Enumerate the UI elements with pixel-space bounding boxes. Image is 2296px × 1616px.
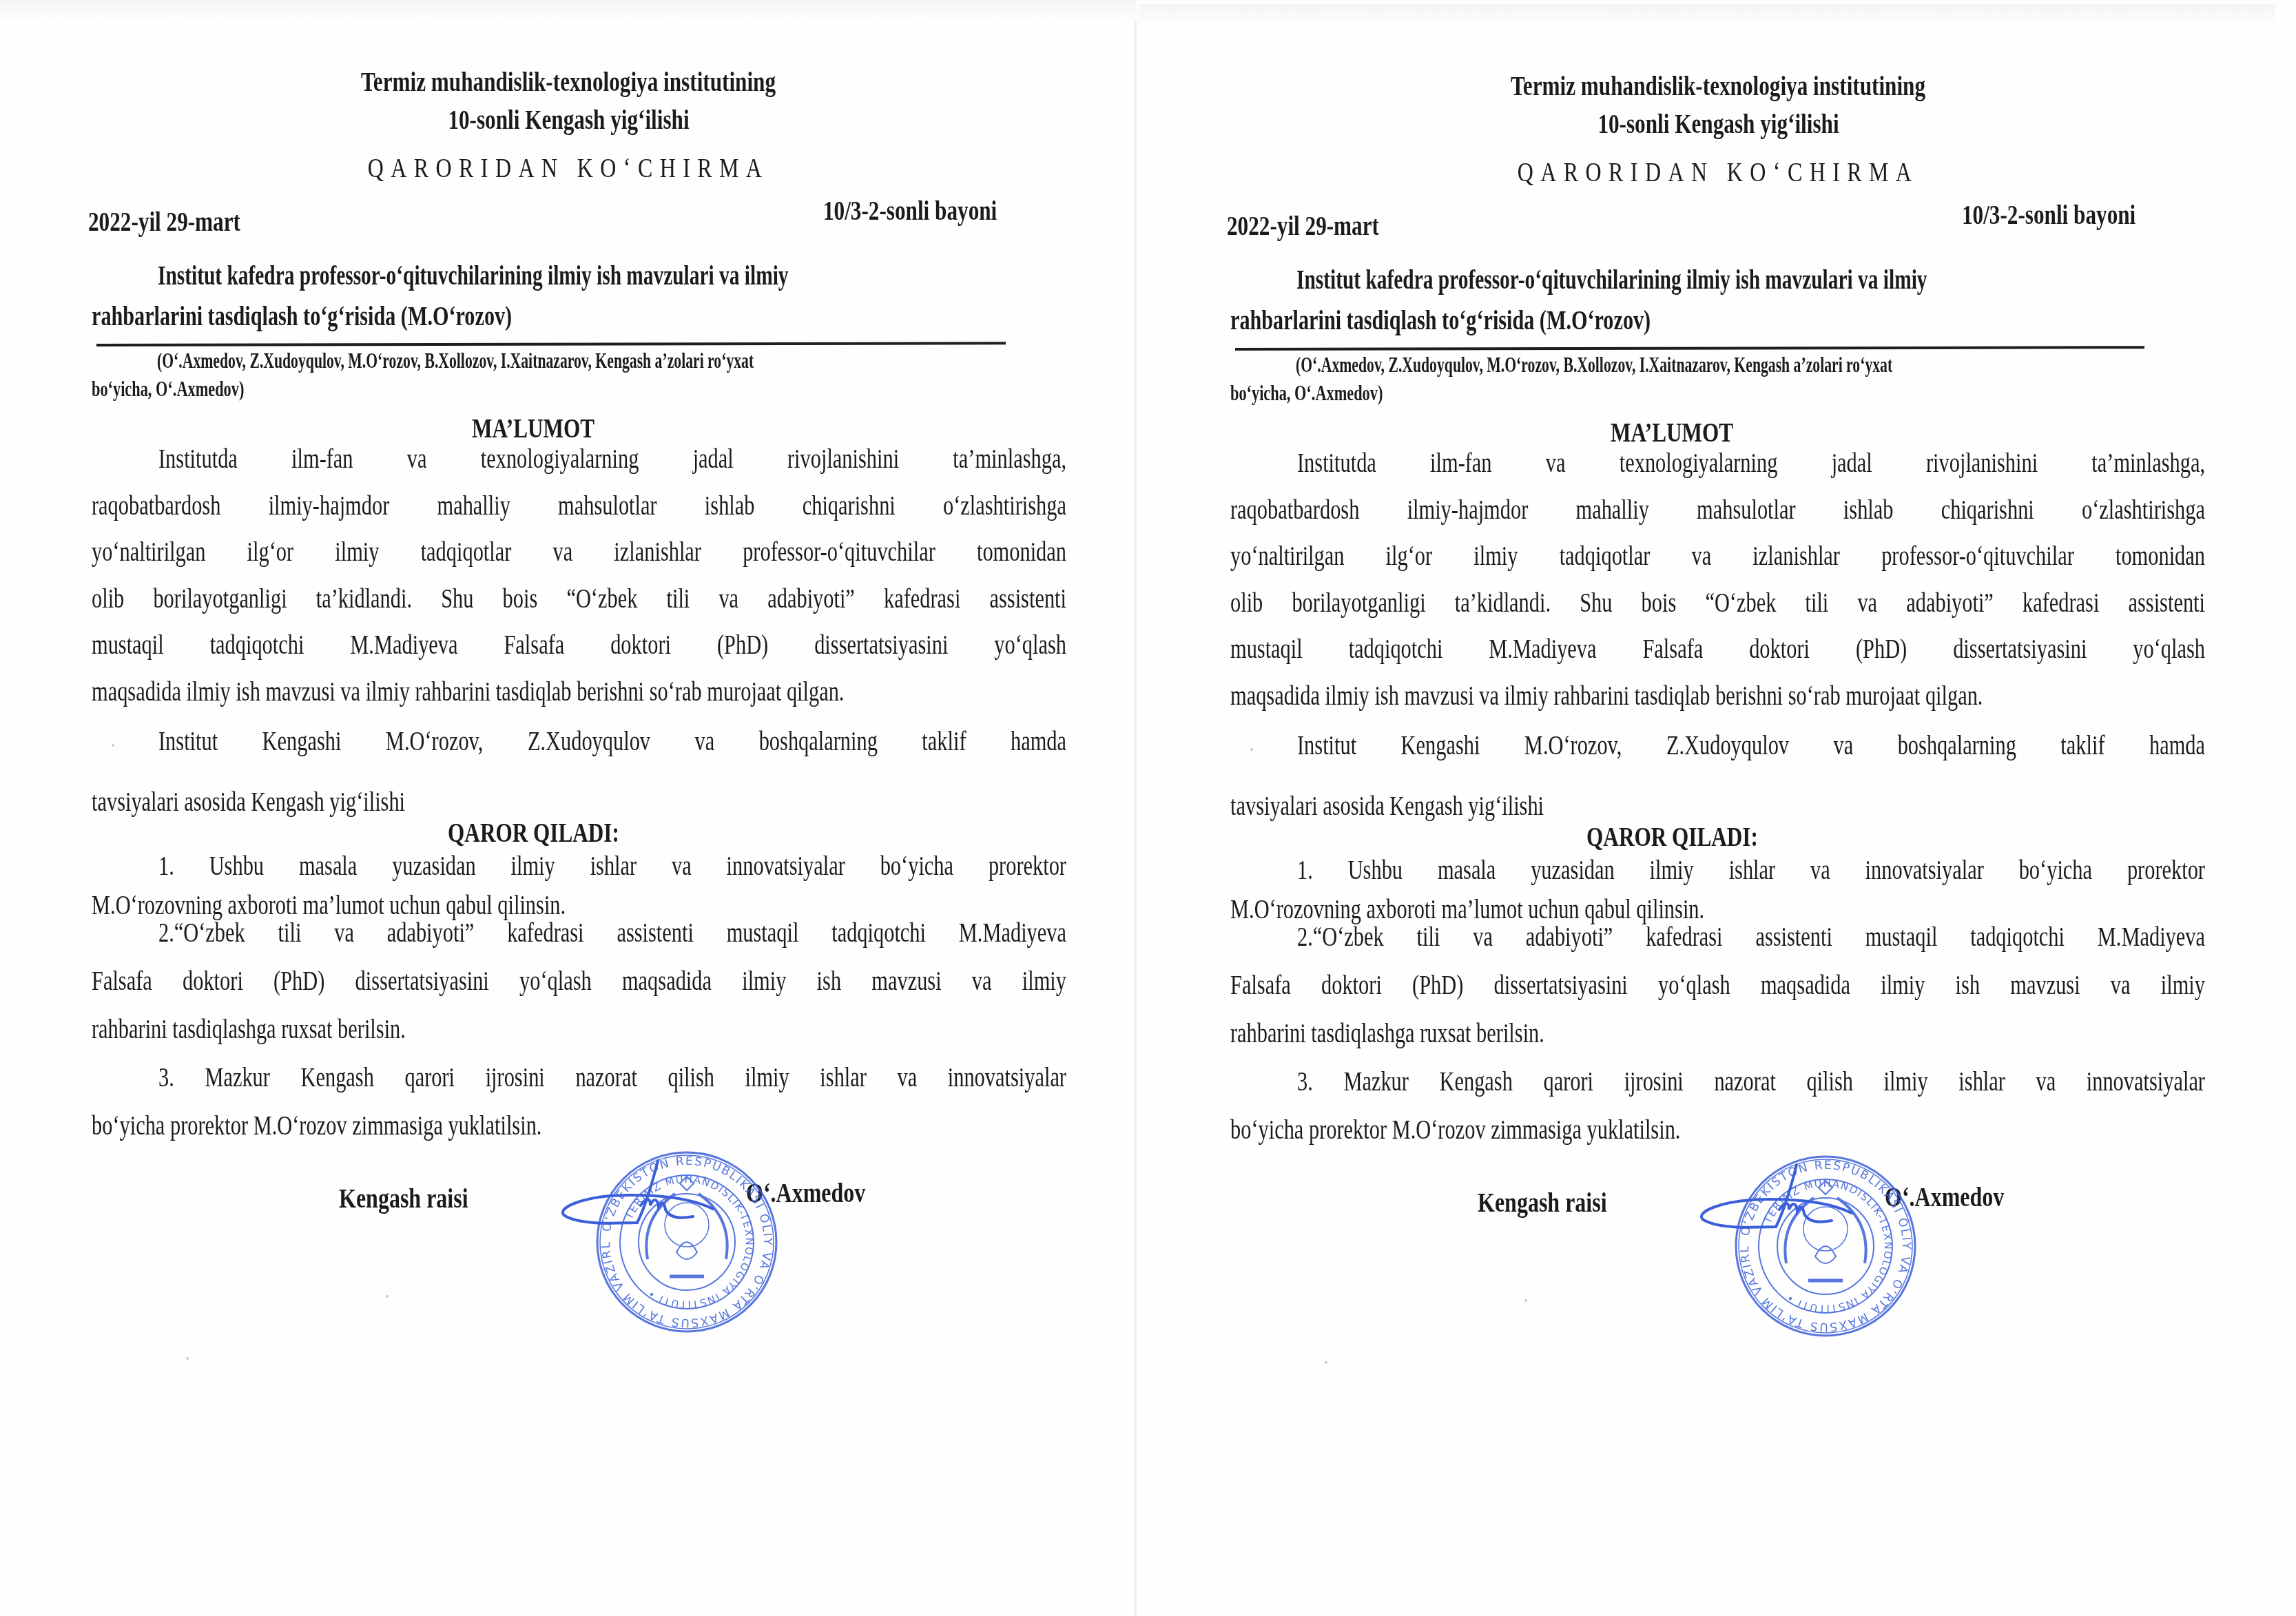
text-line: yo‘naltirilgan ilg‘or ilmiy tadqiqotlar … bbox=[1230, 539, 2205, 572]
decision-item-3-line: bo‘yicha prorektor M.O‘rozov zimmasiga y… bbox=[92, 1109, 684, 1141]
protocol-number: 10/3-2-sonli bayoni bbox=[823, 194, 1046, 227]
scan-edge-shade bbox=[1139, 4, 2275, 23]
info-paragraph-line: yo‘naltirilgan ilg‘or ilmiy tadqiqotlar … bbox=[1230, 539, 2296, 572]
decision-item-3-line: bo‘yicha prorektor M.O‘rozov zimmasiga y… bbox=[1230, 1113, 1823, 1146]
signatory-title: Kengash raisi bbox=[339, 1182, 500, 1214]
info-paragraph-line: maqsadida ilmiy ish mavzusi va ilmiy rah… bbox=[92, 675, 1082, 707]
scan-speck bbox=[1325, 1361, 1327, 1364]
scan-edge-shade bbox=[0, 0, 1137, 19]
decision-item-2-line: 2.“O‘zbek tili va adabiyoti” kafedrasi a… bbox=[1297, 920, 2296, 953]
decision-item-2-line: Falsafa doktori (PhD) dissertatsiyasini … bbox=[1230, 968, 2296, 1001]
council-paragraph-line: Institut Kengashi M.O‘rozov, Z.Xudoyqulo… bbox=[1297, 729, 2296, 761]
subject-heading-line-1: Institut kafedra professor-o‘qituvchilar… bbox=[1296, 263, 2155, 296]
info-heading: MA’LUMOT bbox=[0, 412, 1066, 444]
page-content: Termiz muhandislik-texnologiya instituti… bbox=[1139, 4, 2296, 1616]
text-line: rahbarini tasdiqlashga ruxsat berilsin. bbox=[92, 1013, 406, 1045]
text-line: Falsafa doktori (PhD) dissertatsiyasini … bbox=[1230, 968, 2205, 1001]
info-paragraph-line: olib borilayotganligi ta’kidlandi. Shu b… bbox=[1230, 586, 2296, 619]
participants-line-1: (O‘.Axmedov, Z.Xudoyqulov, M.O‘rozov, B.… bbox=[1296, 353, 2148, 377]
signatory-title: Kengash raisi bbox=[1478, 1186, 1639, 1219]
info-paragraph-line: raqobatbardosh ilmiy-hajmdor mahalliy ma… bbox=[1230, 493, 2296, 526]
text-line: 2.“O‘zbek tili va adabiyoti” kafedrasi a… bbox=[158, 916, 1066, 949]
page-content: Termiz muhandislik-texnologiya instituti… bbox=[0, 0, 1137, 1616]
signature-icon bbox=[1693, 1151, 1872, 1241]
document-date: 2022-yil 29-mart bbox=[1227, 209, 1422, 242]
decision-heading: QAROR QILADI: bbox=[0, 816, 1066, 849]
document-page-right: Termiz muhandislik-texnologiya instituti… bbox=[1137, 0, 2296, 1616]
decision-item-2-line: rahbarini tasdiqlashga ruxsat berilsin. bbox=[92, 1013, 505, 1045]
meeting-title: 10-sonli Kengash yig‘ilishi bbox=[1139, 107, 2296, 140]
text-line: mustaqil tadqiqotchi M.Madiyeva Falsafa … bbox=[1230, 632, 2205, 665]
institute-title: Termiz muhandislik-texnologiya instituti… bbox=[0, 65, 1137, 98]
text-line: raqobatbardosh ilmiy-hajmdor mahalliy ma… bbox=[92, 489, 1066, 521]
text-line: 3. Mazkur Kengash qarori ijrosini nazora… bbox=[158, 1061, 1066, 1093]
text-line: 1. Ushbu masala yuzasidan ilmiy ishlar v… bbox=[1297, 853, 2205, 886]
protocol-number: 10/3-2-sonli bayoni bbox=[1962, 198, 2184, 231]
scan-speck bbox=[1524, 1299, 1527, 1302]
text-line: olib borilayotganligi ta’kidlandi. Shu b… bbox=[1230, 586, 2205, 619]
text-line: bo‘yicha prorektor M.O‘rozov zimmasiga y… bbox=[1230, 1113, 1680, 1146]
text-line: rahbarini tasdiqlashga ruxsat berilsin. bbox=[1230, 1017, 1544, 1049]
text-line: maqsadida ilmiy ish mavzusi va ilmiy rah… bbox=[1230, 679, 1983, 712]
text-line: olib borilayotganligi ta’kidlandi. Shu b… bbox=[92, 582, 1066, 614]
text-line: Institut Kengashi M.O‘rozov, Z.Xudoyqulo… bbox=[1297, 729, 2205, 761]
council-paragraph-line: tavsiyalari asosida Kengash yig‘ilishi bbox=[1230, 789, 1643, 822]
info-paragraph-line: maqsadida ilmiy ish mavzusi va ilmiy rah… bbox=[1230, 679, 2220, 712]
institute-title: Termiz muhandislik-texnologiya instituti… bbox=[1139, 70, 2296, 102]
decision-item-1-line: 1. Ushbu masala yuzasidan ilmiy ishlar v… bbox=[1297, 853, 2296, 886]
heading-underline bbox=[96, 342, 1006, 346]
document-page-left: Termiz muhandislik-texnologiya instituti… bbox=[0, 0, 1137, 1616]
text-line: tavsiyalari asosida Kengash yig‘ilishi bbox=[92, 785, 405, 818]
decision-item-3-line: 3. Mazkur Kengash qarori ijrosini nazora… bbox=[1297, 1065, 2296, 1097]
document-type-heading: QARORIDAN KO‘CHIRMA bbox=[1139, 156, 2296, 188]
text-line: Falsafa doktori (PhD) dissertatsiyasini … bbox=[92, 964, 1066, 997]
council-paragraph-line: tavsiyalari asosida Kengash yig‘ilishi bbox=[92, 785, 504, 818]
text-line: 2.“O‘zbek tili va adabiyoti” kafedrasi a… bbox=[1297, 920, 2205, 953]
text-line: mustaqil tadqiqotchi M.Madiyeva Falsafa … bbox=[92, 628, 1066, 661]
text-line: bo‘yicha prorektor M.O‘rozov zimmasiga y… bbox=[92, 1109, 541, 1141]
participants-line-2: bo‘yicha, O‘.Axmedov) bbox=[92, 377, 303, 402]
text-line: Institutda ilm-fan va texnologiyalarning… bbox=[1297, 446, 2205, 479]
info-heading: MA’LUMOT bbox=[1139, 416, 2205, 448]
text-line: Institutda ilm-fan va texnologiyalarning… bbox=[158, 442, 1066, 475]
subject-heading-line-2: rahbarlarini tasdiqlash to‘g‘risida (M.O… bbox=[1230, 304, 1787, 336]
meeting-title: 10-sonli Kengash yig‘ilishi bbox=[0, 103, 1137, 136]
text-line: yo‘naltirilgan ilg‘or ilmiy tadqiqotlar … bbox=[92, 535, 1066, 568]
info-paragraph-line: Institutda ilm-fan va texnologiyalarning… bbox=[1297, 446, 2296, 479]
document-type-heading: QARORIDAN KO‘CHIRMA bbox=[0, 152, 1137, 184]
scan-speck bbox=[1250, 748, 1253, 751]
text-line: raqobatbardosh ilmiy-hajmdor mahalliy ma… bbox=[1230, 493, 2205, 526]
info-paragraph-line: mustaqil tadqiqotchi M.Madiyeva Falsafa … bbox=[1230, 632, 2296, 665]
heading-underline bbox=[1235, 346, 2144, 351]
text-line: maqsadida ilmiy ish mavzusi va ilmiy rah… bbox=[92, 675, 844, 707]
participants-line-1: (O‘.Axmedov, Z.Xudoyqulov, M.O‘rozov, B.… bbox=[157, 349, 1009, 373]
document-date: 2022-yil 29-mart bbox=[88, 205, 283, 238]
text-line: 3. Mazkur Kengash qarori ijrosini nazora… bbox=[1297, 1065, 2205, 1097]
page-divider bbox=[1135, 21, 1137, 1616]
scan-speck bbox=[186, 1357, 189, 1360]
text-line: Institut Kengashi M.O‘rozov, Z.Xudoyqulo… bbox=[158, 725, 1066, 757]
text-line: 1. Ushbu masala yuzasidan ilmiy ishlar v… bbox=[158, 849, 1066, 882]
participants-line-2: bo‘yicha, O‘.Axmedov) bbox=[1230, 381, 1442, 406]
decision-heading: QAROR QILADI: bbox=[1139, 820, 2205, 853]
signature-icon bbox=[555, 1147, 734, 1236]
scan-speck bbox=[112, 744, 114, 747]
subject-heading-line-2: rahbarlarini tasdiqlash to‘g‘risida (M.O… bbox=[92, 300, 648, 332]
text-line: tavsiyalari asosida Kengash yig‘ilishi bbox=[1230, 789, 1544, 822]
subject-heading-line-1: Institut kafedra professor-o‘qituvchilar… bbox=[158, 259, 1016, 291]
decision-item-2-line: rahbarini tasdiqlashga ruxsat berilsin. bbox=[1230, 1017, 1644, 1049]
scan-speck bbox=[386, 1295, 389, 1298]
